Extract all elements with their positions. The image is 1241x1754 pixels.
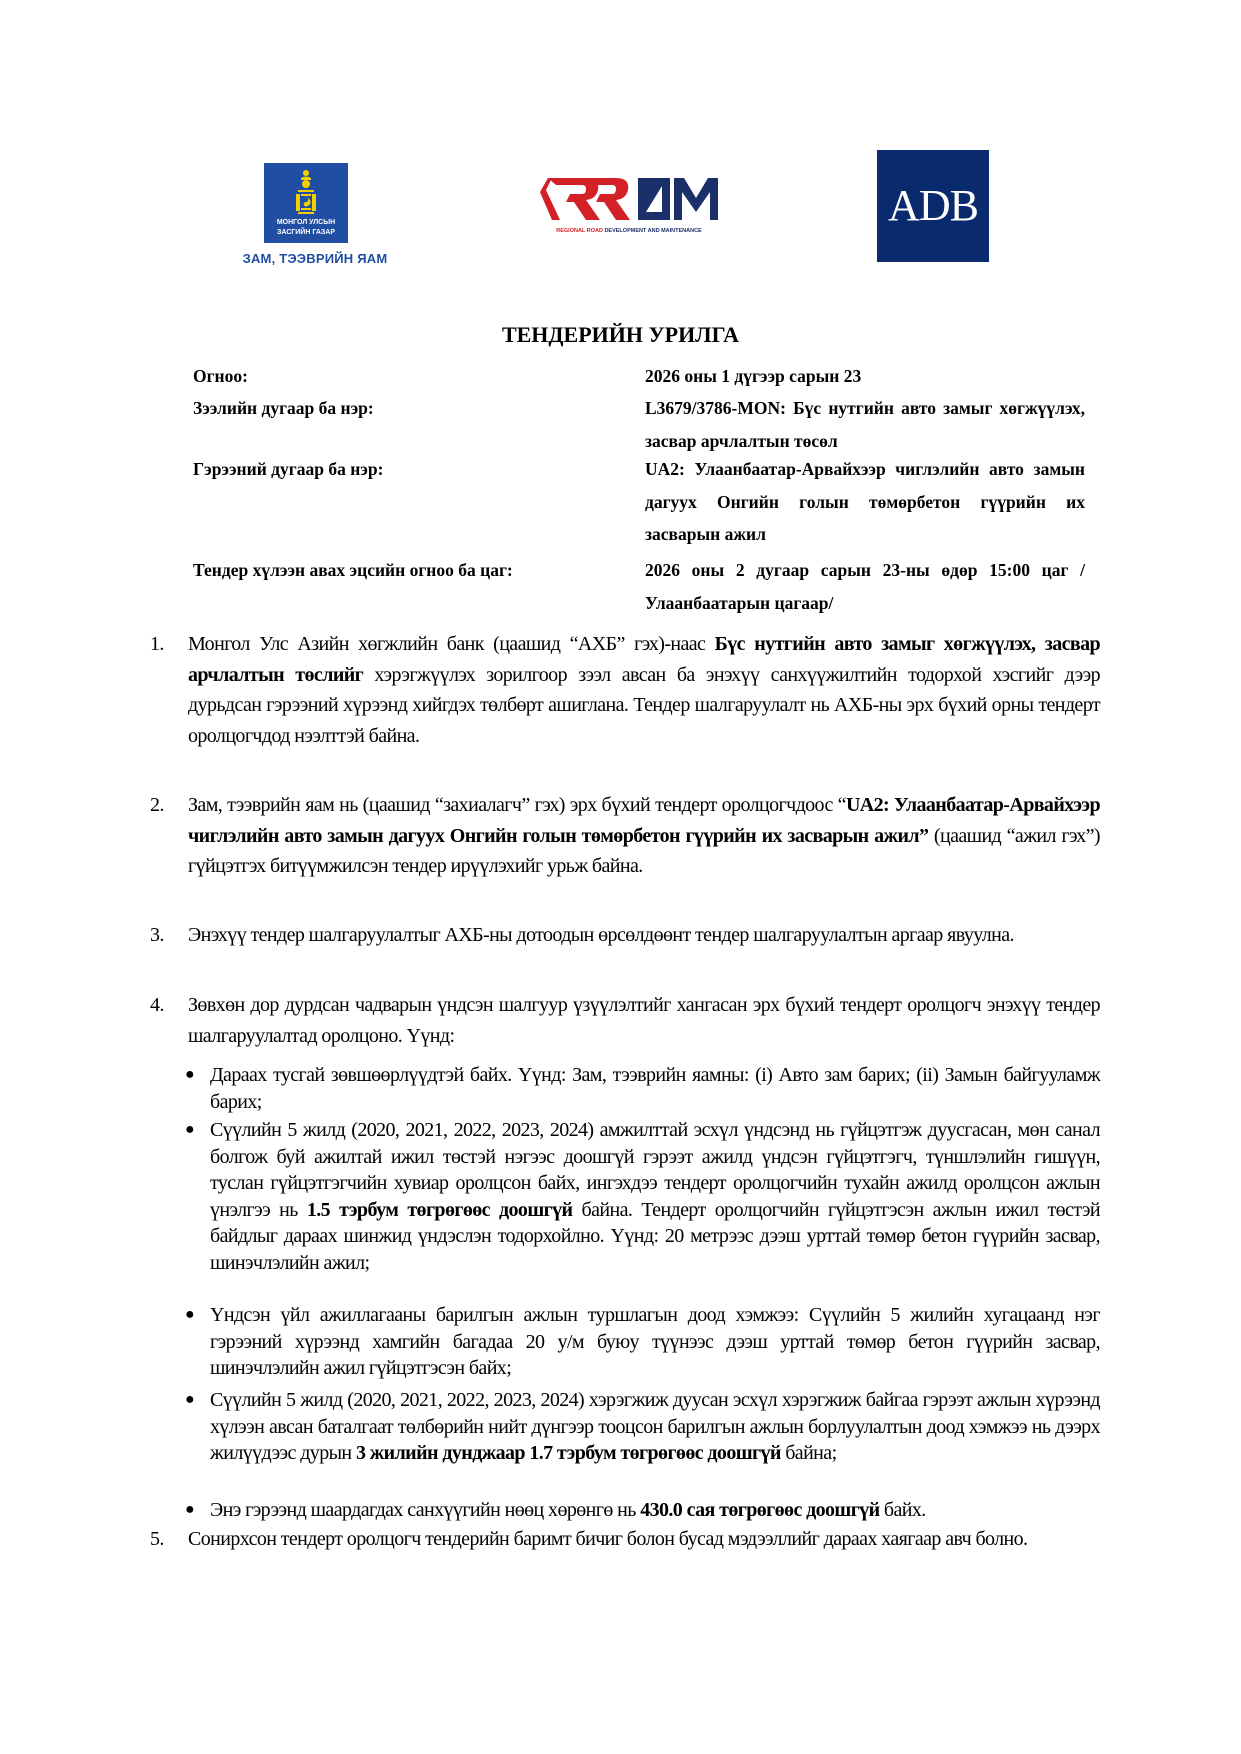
soyombo-emblem-icon xyxy=(292,169,320,215)
paragraph-text: Энэхүү тендер шалгаруулалтыг АХБ-ны дото… xyxy=(188,920,1100,951)
date-label: Огноо: xyxy=(193,360,613,393)
bullet-icon: ● xyxy=(185,1117,194,1144)
loan-label: Зээлийн дугаар ба нэр: xyxy=(193,392,613,425)
bullet-icon: ● xyxy=(185,1062,194,1089)
paragraph-number: 3. xyxy=(150,920,164,951)
bullet-icon: ● xyxy=(185,1302,194,1329)
rdm-logo: REGIONAL ROAD DEVELOPMENT AND MAINTENANC… xyxy=(538,172,720,238)
bullet-text: Сүүлийн 5 жилд (2020, 2021, 2022, 2023, … xyxy=(210,1117,1100,1276)
ministry-logo: МОНГОЛ УЛСЫН ЗАСГИЙН ГАЗАР ЗАМ, ТЭЭВРИЙН… xyxy=(220,163,410,273)
gov-line2: ЗАСГИЙН ГАЗАР xyxy=(264,229,348,237)
bullet-text: Сүүлийн 5 жилд (2020, 2021, 2022, 2023, … xyxy=(210,1387,1100,1467)
contract-value: UA2: Улаанбаатар-Арвайхээр чиглэлийн авт… xyxy=(645,453,1085,551)
adb-logo: ADB xyxy=(877,150,989,262)
paragraph-text: Монгол Улс Азийн хөгжлийн банк (цаашид “… xyxy=(188,629,1100,751)
ministry-emblem-box: МОНГОЛ УЛСЫН ЗАСГИЙН ГАЗАР xyxy=(264,163,348,243)
adb-logo-text: ADB xyxy=(877,181,989,231)
rdm-subtitle: REGIONAL ROAD DEVELOPMENT AND MAINTENANC… xyxy=(538,228,720,234)
bullet-icon: ● xyxy=(185,1387,194,1414)
paragraph-text: Зам, тээврийн яам нь (цаашид “захиалагч”… xyxy=(188,790,1100,882)
deadline-label: Тендер хүлээн авах эцсийн огноо ба цаг: xyxy=(193,554,613,587)
contract-label: Гэрээний дугаар ба нэр: xyxy=(193,453,613,486)
paragraph-number: 2. xyxy=(150,790,164,821)
loan-value: L3679/3786-MON: Бүс нутгийн авто замыг х… xyxy=(645,392,1085,457)
ministry-name: ЗАМ, ТЭЭВРИЙН ЯАМ xyxy=(220,251,410,266)
page-title: ТЕНДЕРИЙН УРИЛГА xyxy=(0,320,1241,350)
paragraph-number: 5. xyxy=(150,1526,164,1553)
gov-line1: МОНГОЛ УЛСЫН xyxy=(264,219,348,227)
paragraph-number: 4. xyxy=(150,990,164,1021)
paragraph-number: 1. xyxy=(150,629,164,660)
paragraph-text: Сонирхсон тендерт оролцогч тендерийн бар… xyxy=(188,1526,1100,1553)
bullet-text: Дараах тусгай зөвшөөрлүүдтэй байх. Үүнд:… xyxy=(210,1062,1100,1115)
bullet-icon: ● xyxy=(185,1497,194,1524)
deadline-value: 2026 оны 2 дугаар сарын 23-ны өдөр 15:00… xyxy=(645,554,1085,619)
bullet-text: Энэ гэрээнд шаардагдах санхүүгийн нөөц х… xyxy=(210,1497,1100,1524)
paragraph-text: Зөвхөн дор дурдсан чадварын үндсэн шалгу… xyxy=(188,990,1100,1051)
rdm-mark-icon xyxy=(538,172,720,226)
date-value: 2026 оны 1 дүгээр сарын 23 xyxy=(645,360,1085,393)
bullet-text: Үндсэн үйл ажиллагааны барилгын ажлын ту… xyxy=(210,1302,1100,1382)
